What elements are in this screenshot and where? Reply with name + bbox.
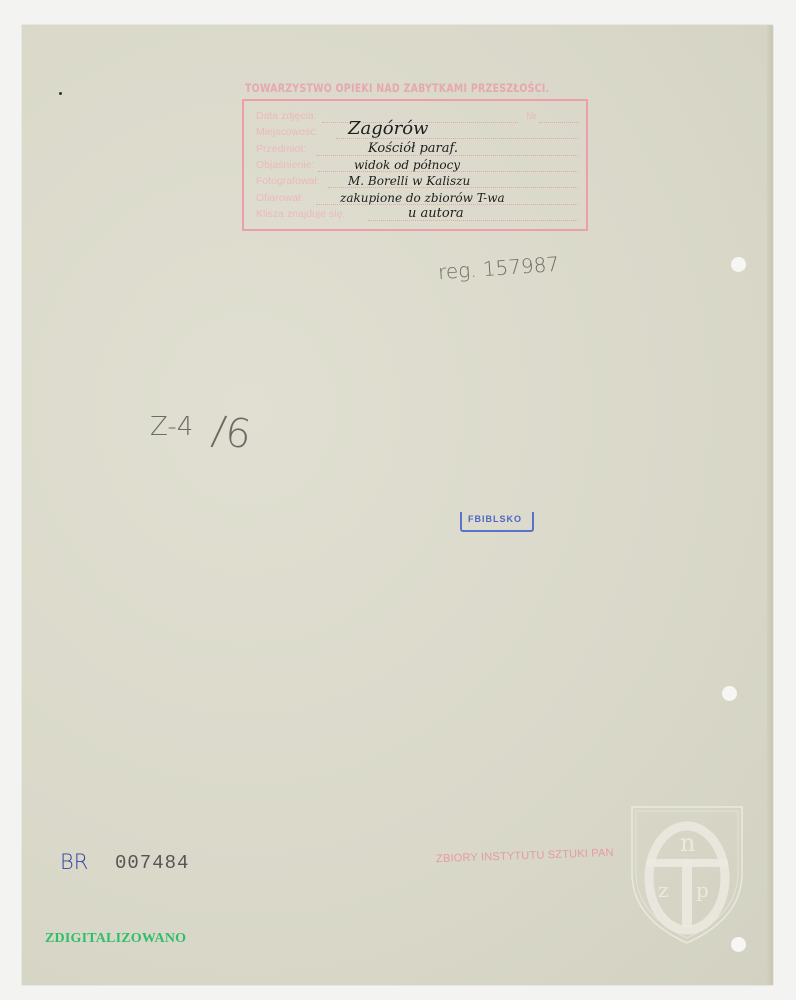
- description-stamp: Data zdjęcia: № Miejscowość: Zagórów Prz…: [242, 99, 588, 231]
- nzp-shield-logo-icon: n z p: [628, 803, 746, 945]
- shelf-mark: Z-4: [150, 412, 193, 442]
- br-label: BR: [60, 850, 88, 874]
- handwritten-value: M. Borelli w Kaliszu: [348, 174, 470, 188]
- stamp-row-photographer: Fotografował: M. Borelli w Kaliszu: [256, 172, 578, 188]
- handwritten-value: widok od północy: [354, 158, 460, 172]
- handwritten-value: Zagórów: [348, 118, 428, 139]
- stamp-title: TOWARZYSTWO OPIEKI NAD ZABYTKAMI PRZESZŁ…: [245, 81, 528, 95]
- inventory-number: 007484: [115, 852, 189, 874]
- stamp-label: Objaśnienie:: [256, 159, 314, 171]
- handwritten-value: Kościół paraf.: [368, 141, 458, 156]
- svg-text:n: n: [680, 829, 695, 857]
- blue-library-stamp: FBIBLSKO: [460, 512, 534, 532]
- stamp-label: Miejscowość:: [256, 126, 318, 138]
- stamp-row-description: Objaśnienie: widok od północy: [256, 156, 578, 172]
- ink-speck: [59, 92, 62, 95]
- stamp-label: Ofiarował:: [256, 192, 303, 204]
- digitized-label: ZDIGITALIZOWANO: [45, 931, 186, 947]
- stamp-row-object: Przedmiot: Kościół paraf.: [256, 140, 578, 156]
- blue-stamp-text: FBIBLSKO: [468, 514, 522, 524]
- dotted-line: [368, 220, 578, 221]
- number-label: №: [526, 111, 537, 122]
- stamp-label: Przedmiot:: [256, 143, 306, 155]
- svg-text:z: z: [658, 878, 669, 902]
- svg-text:p: p: [696, 878, 709, 902]
- shelf-sub: /6: [209, 408, 254, 459]
- punch-hole-top: [731, 257, 746, 272]
- stamp-label: Fotografował:: [256, 175, 320, 187]
- stamp-row-donor: Ofiarował: zakupione do zbiorów T-wa: [256, 189, 578, 205]
- handwritten-value: zakupione do zbiorów T-wa: [340, 191, 505, 205]
- handwritten-value: u autora: [408, 206, 464, 221]
- stamp-row-negative: Klisza znajduje się: u autora: [256, 205, 578, 221]
- stamp-label: Klisza znajduje się:: [256, 208, 345, 220]
- stamp-row-place: Miejscowość: Zagórów: [256, 123, 578, 139]
- stamp-label: Data zdjęcia:: [256, 110, 317, 122]
- punch-hole-middle: [722, 686, 737, 701]
